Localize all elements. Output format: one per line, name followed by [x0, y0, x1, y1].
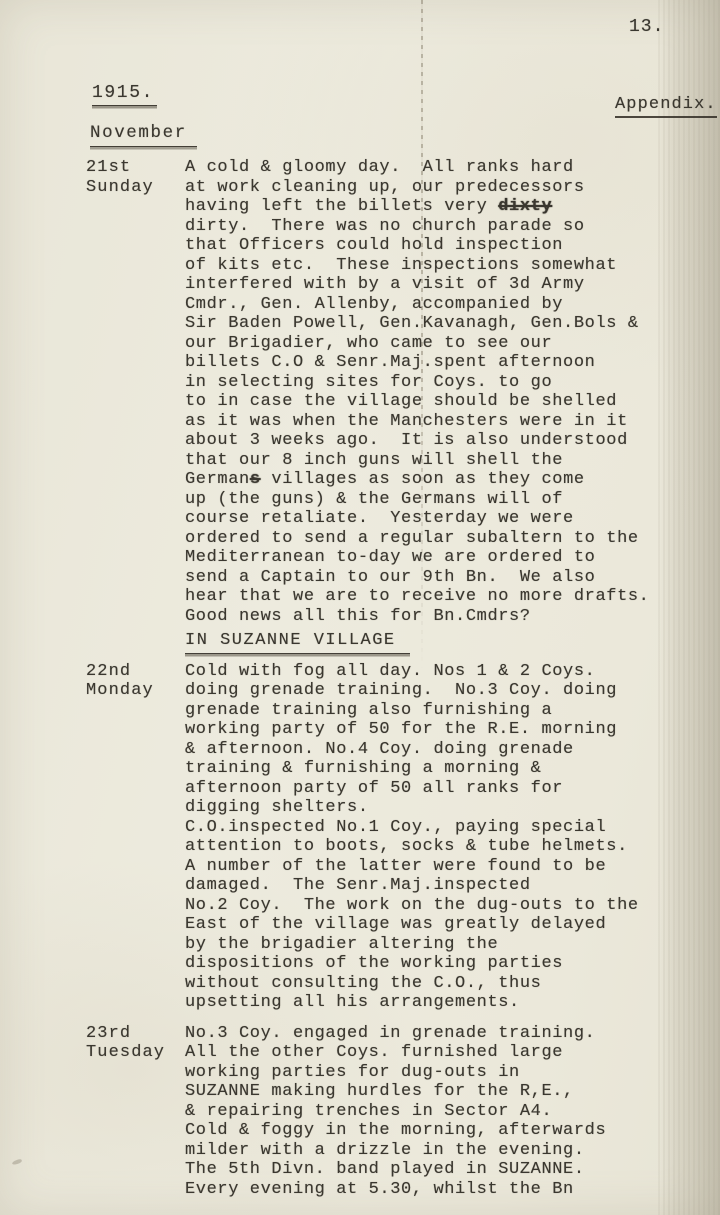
entry-line: doing grenade training. No.3 Coy. doing — [185, 681, 672, 701]
entry-line: send a Captain to our 9th Bn. We also — [185, 568, 672, 588]
entry-day: Monday — [86, 681, 185, 701]
entry-date: 23rd — [86, 1024, 185, 1044]
appendix-label: Appendix. — [615, 95, 717, 118]
diary-entry: 22ndMondayCold with fog all day. Nos 1 &… — [86, 662, 672, 1013]
entry-line: SUZANNE making hurdles for the R,E., — [185, 1082, 672, 1102]
entry-line: by the brigadier altering the — [185, 935, 672, 955]
entry-date-column: 23rdTuesday — [86, 1024, 185, 1200]
entry-line: & afternoon. No.4 Coy. doing grenade — [185, 740, 672, 760]
entry-line: The 5th Divn. band played in SUZANNE. — [185, 1160, 672, 1180]
entry-line: A cold & gloomy day. All ranks hard — [185, 158, 672, 178]
entry-line: & repairing trenches in Sector A4. — [185, 1102, 672, 1122]
entry-line: Sir Baden Powell, Gen.Kavanagh, Gen.Bols… — [185, 314, 672, 334]
entry-line: digging shelters. — [185, 798, 672, 818]
entry-line: grenade training also furnishing a — [185, 701, 672, 721]
paper-speck — [12, 1159, 23, 1166]
entry-line: afternoon party of 50 all ranks for — [185, 779, 672, 799]
month-heading: November — [90, 123, 197, 147]
section-heading: IN SUZANNE VILLAGE — [185, 631, 410, 654]
entry-line: training & furnishing a morning & — [185, 759, 672, 779]
entry-line: that our 8 inch guns will shell the — [185, 451, 672, 471]
entry-line: A number of the latter were found to be — [185, 857, 672, 877]
entry-line: Germans villages as soon as they come — [185, 470, 672, 490]
entry-line: of kits etc. These inspections somewhat — [185, 256, 672, 276]
entry-line: as it was when the Manchesters were in i… — [185, 412, 672, 432]
entry-line: No.2 Coy. The work on the dug-outs to th… — [185, 896, 672, 916]
entry-line: our Brigadier, who came to see our — [185, 334, 672, 354]
entry-line: Cmdr., Gen. Allenby, accompanied by — [185, 295, 672, 315]
entry-line: having left the billets very dixty — [185, 197, 672, 217]
entry-line: at work cleaning up, our predecessors — [185, 178, 672, 198]
entry-line: No.3 Coy. engaged in grenade training. — [185, 1024, 672, 1044]
year-heading: 1915. — [92, 83, 157, 106]
entry-line: milder with a drizzle in the evening. — [185, 1141, 672, 1161]
entry-line: Cold & foggy in the morning, afterwards — [185, 1121, 672, 1141]
entry-date: 21st — [86, 158, 185, 178]
entry-line: to in case the village should be shelled — [185, 392, 672, 412]
entry-line: working party of 50 for the R.E. morning — [185, 720, 672, 740]
entry-line: East of the village was greatly delayed — [185, 915, 672, 935]
diary-entry: 21stSundayA cold & gloomy day. All ranks… — [86, 158, 672, 626]
entry-line: Cold with fog all day. Nos 1 & 2 Coys. — [185, 662, 672, 682]
entry-line: attention to boots, socks & tube helmets… — [185, 837, 672, 857]
entry-line: Mediterranean to-day we are ordered to — [185, 548, 672, 568]
entries: 21stSundayA cold & gloomy day. All ranks… — [86, 158, 672, 1199]
entry-line: dirty. There was no church parade so — [185, 217, 672, 237]
struck-out-text: s — [250, 470, 261, 489]
entry-line: billets C.O & Senr.Maj.spent afternoon — [185, 353, 672, 373]
entry-date: 22nd — [86, 662, 185, 682]
entry-day: Sunday — [86, 178, 185, 198]
document-scan: 13. 1915. Appendix. November 21stSundayA… — [0, 0, 720, 1215]
entry-line: up (the guns) & the Germans will of — [185, 490, 672, 510]
entry-body: No.3 Coy. engaged in grenade training.Al… — [185, 1024, 672, 1200]
diary-entry: 23rdTuesdayNo.3 Coy. engaged in grenade … — [86, 1024, 672, 1200]
entry-line: without consulting the C.O., thus — [185, 974, 672, 994]
entry-line: about 3 weeks ago. It is also understood — [185, 431, 672, 451]
entry-line: damaged. The Senr.Maj.inspected — [185, 876, 672, 896]
entry-line: hear that we are to receive no more draf… — [185, 587, 672, 607]
entry-day: Tuesday — [86, 1043, 185, 1063]
entry-line: ordered to send a regular subaltern to t… — [185, 529, 672, 549]
entry-line: working parties for dug-outs in — [185, 1063, 672, 1083]
page-number: 13. — [629, 17, 664, 37]
entry-line: course retaliate. Yesterday we were — [185, 509, 672, 529]
entry-line: All the other Coys. furnished large — [185, 1043, 672, 1063]
struck-out-text: dixty — [498, 197, 552, 216]
entry-line: that Officers could hold inspection — [185, 236, 672, 256]
entry-line: Every evening at 5.30, whilst the Bn — [185, 1180, 672, 1200]
entry-date-column: 21stSunday — [86, 158, 185, 626]
entry-line: Good news all this for Bn.Cmdrs? — [185, 607, 672, 627]
entry-line: interfered with by a visit of 3d Army — [185, 275, 672, 295]
entry-body: A cold & gloomy day. All ranks hardat wo… — [185, 158, 672, 626]
entry-line: upsetting all his arrangements. — [185, 993, 672, 1013]
entry-line: in selecting sites for Coys. to go — [185, 373, 672, 393]
entry-date-column: 22ndMonday — [86, 662, 185, 1013]
entry-body: Cold with fog all day. Nos 1 & 2 Coys.do… — [185, 662, 672, 1013]
entry-line: C.O.inspected No.1 Coy., paying special — [185, 818, 672, 838]
entry-line: dispositions of the working parties — [185, 954, 672, 974]
